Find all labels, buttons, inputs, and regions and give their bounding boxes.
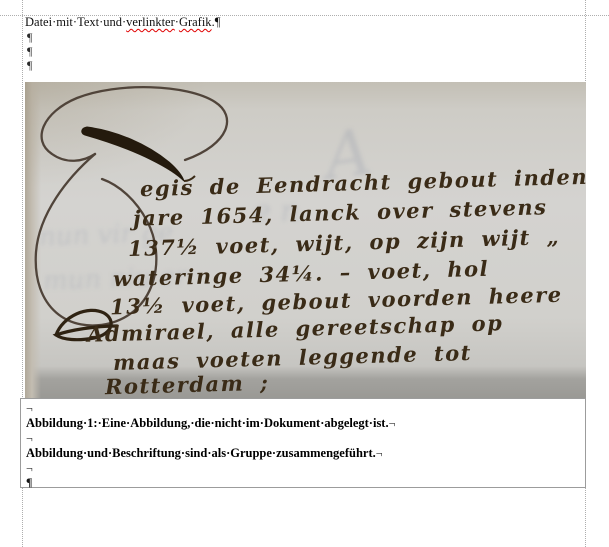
writer-document-page: Datei·mit·Text·und·verlinkter·Grafik.¶ ¶… bbox=[0, 0, 609, 547]
paragraph-mark: ¶ bbox=[26, 475, 585, 489]
caption-frame[interactable]: ¬ Abbildung·1:·Eine·Abbildung,·die·nicht… bbox=[20, 398, 586, 488]
caption-line-1: Abbildung·1:·Eine·Abbildung,·die·nicht·i… bbox=[26, 415, 585, 432]
paragraph-intro[interactable]: Datei·mit·Text·und·verlinkter·Grafik.¶ bbox=[25, 16, 220, 29]
empty-paragraph-mark[interactable]: ¶ bbox=[27, 44, 32, 59]
caption-line-2: Abbildung·und·Beschriftung·sind·als·Grup… bbox=[26, 445, 585, 462]
line-break-mark: ¬ bbox=[26, 432, 585, 445]
intro-text: Datei·mit·Text·und· bbox=[25, 15, 126, 29]
misspelled-word-grafik: Grafik bbox=[179, 15, 212, 29]
linked-manuscript-image[interactable]: A nun vir ge mun niu er e n egis de Eend… bbox=[25, 82, 586, 398]
caption-2-text: Abbildung·und·Beschriftung·sind·als·Grup… bbox=[26, 446, 376, 460]
line-break-mark: ¬ bbox=[376, 446, 383, 460]
line-break-mark: ¬ bbox=[26, 462, 585, 475]
pilcrow-mark: ¶ bbox=[215, 15, 221, 29]
handwriting-line: Rotterdam ; bbox=[105, 370, 270, 398]
line-break-mark: ¬ bbox=[26, 402, 585, 415]
empty-paragraph-mark[interactable]: ¶ bbox=[27, 30, 32, 45]
line-break-mark: ¬ bbox=[389, 416, 396, 430]
misspelled-word-verlinkter: verlinkter bbox=[126, 15, 175, 29]
empty-paragraph-mark[interactable]: ¶ bbox=[27, 58, 32, 73]
caption-1-text: Abbildung·1:·Eine·Abbildung,·die·nicht·i… bbox=[26, 416, 389, 430]
